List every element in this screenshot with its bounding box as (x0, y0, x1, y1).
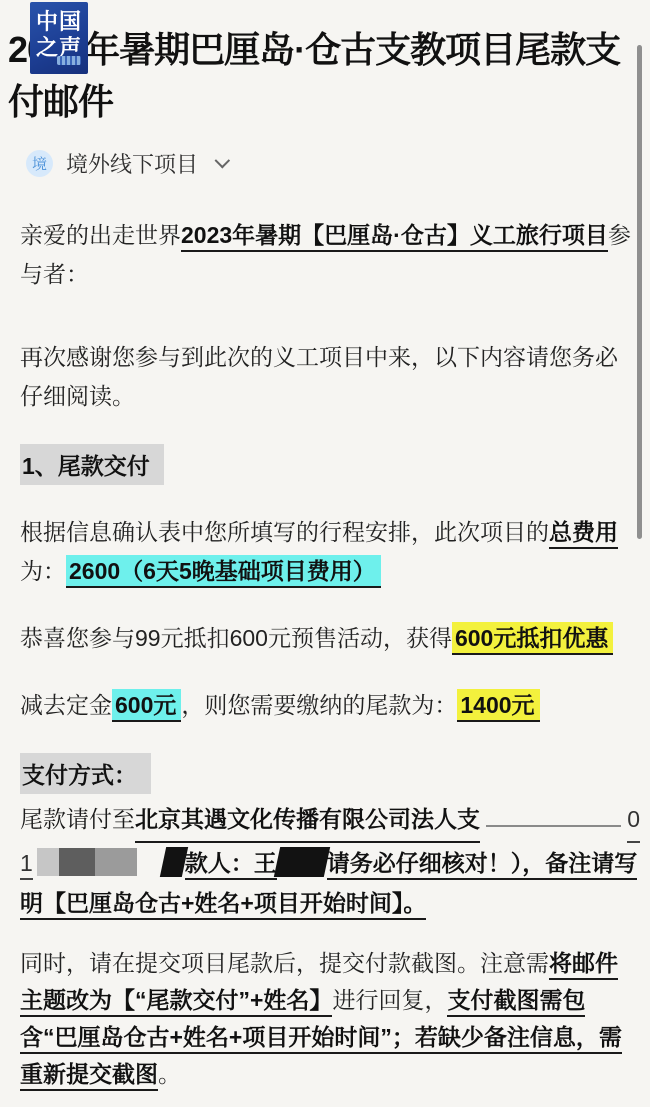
fee-paragraph: 根据信息确认表中您所填写的行程安排，此次项目的总费用为：2600（6天5晚基础项… (0, 513, 650, 591)
payee-name-segment: 款人：王 (185, 850, 277, 880)
text-segment: 请务必仔细核对！），备注请写 (327, 850, 638, 880)
redacted-blank (486, 799, 621, 827)
notice-paragraph: 同时，请在提交项目尾款后，提交付款截图。注意需将邮件主题改为【“尾款交付”+姓名… (0, 945, 650, 1093)
logo-seal-icon (57, 56, 81, 65)
text-segment: 进行回复， (332, 987, 447, 1013)
text-segment: 亲爱的出走世界 (20, 222, 181, 248)
text-segment: ，则您需要缴纳的尾款为： (181, 692, 457, 718)
text-segment: 为： (20, 558, 66, 584)
text-segment: 同时，请在提交项目尾款后，提交付款截图。注意需 (20, 950, 549, 976)
text-segment: 。 (158, 1061, 181, 1087)
redaction-box (37, 848, 137, 876)
redaction-box (274, 847, 330, 877)
text-segment: 减去定金 (20, 692, 112, 718)
balance-amount-highlight: 1400元 (457, 689, 539, 722)
total-fee-highlight: 2600（6天5晚基础项目费用） (66, 555, 381, 588)
discount-paragraph: 恭喜您参与99元抵扣600元预售活动，获得600元抵扣优惠 (0, 619, 650, 658)
payment-line-2: 1款人：王请务必仔细核对！），备注请写 (0, 843, 650, 883)
redaction-box (160, 847, 188, 877)
page-title: 2023年暑期巴厘岛·仓古支教项目尾款支付邮件 (0, 0, 650, 128)
logo-text-line1: 中国 (30, 9, 88, 35)
balance-paragraph: 减去定金600元，则您需要缴纳的尾款为：1400元 (0, 686, 650, 725)
document-screenshot: 2023年暑期巴厘岛·仓古支教项目尾款支付邮件 中国 之声 境 境外线下项目 亲… (0, 0, 650, 1107)
account-digit: 1 (20, 850, 33, 880)
thanks-paragraph: 再次感谢您参与到此次的义工项目中来，以下内容请您务必仔细阅读。 (0, 338, 650, 416)
remark-format-emphasis: 明【巴厘岛仓古+姓名+项目开始时间】。 (20, 890, 426, 920)
tag-avatar: 境 (26, 150, 53, 177)
text-segment: 根据信息确认表中您所填写的行程安排，此次项目的 (20, 519, 549, 545)
category-tag[interactable]: 境 境外线下项目 (26, 148, 650, 178)
section-heading-payment-method: 支付方式： (20, 753, 650, 794)
company-name-emphasis: 北京其遇文化传播有限公司法人支 (135, 799, 480, 843)
payment-line-3: 明【巴厘岛仓古+姓名+项目开始时间】。 (0, 883, 650, 923)
account-digit: 0 (627, 799, 640, 843)
greeting-paragraph: 亲爱的出走世界2023年暑期【巴厘岛·仓古】义工旅行项目参与者： (0, 216, 650, 294)
voice-of-china-watermark-logo: 中国 之声 (30, 2, 88, 74)
payment-details-block: 尾款请付至北京其遇文化传播有限公司法人支0 1款人：王请务必仔细核对！），备注请… (0, 799, 650, 923)
project-name-emphasis: 2023年暑期【巴厘岛·仓古】义工旅行项目 (181, 222, 608, 252)
tag-label: 境外线下项目 (66, 148, 198, 179)
total-fee-emphasis: 总费用 (549, 519, 618, 549)
chevron-down-icon[interactable] (215, 152, 231, 168)
payment-line-1: 尾款请付至北京其遇文化传播有限公司法人支0 (0, 799, 650, 843)
discount-highlight: 600元抵扣优惠 (452, 622, 613, 655)
deposit-highlight: 600元 (112, 689, 181, 722)
text-segment: 尾款请付至 (20, 799, 135, 839)
section-heading-balance-payment: 1、尾款交付 (20, 444, 650, 485)
text-segment: 恭喜您参与99元抵扣600元预售活动，获得 (20, 625, 452, 651)
